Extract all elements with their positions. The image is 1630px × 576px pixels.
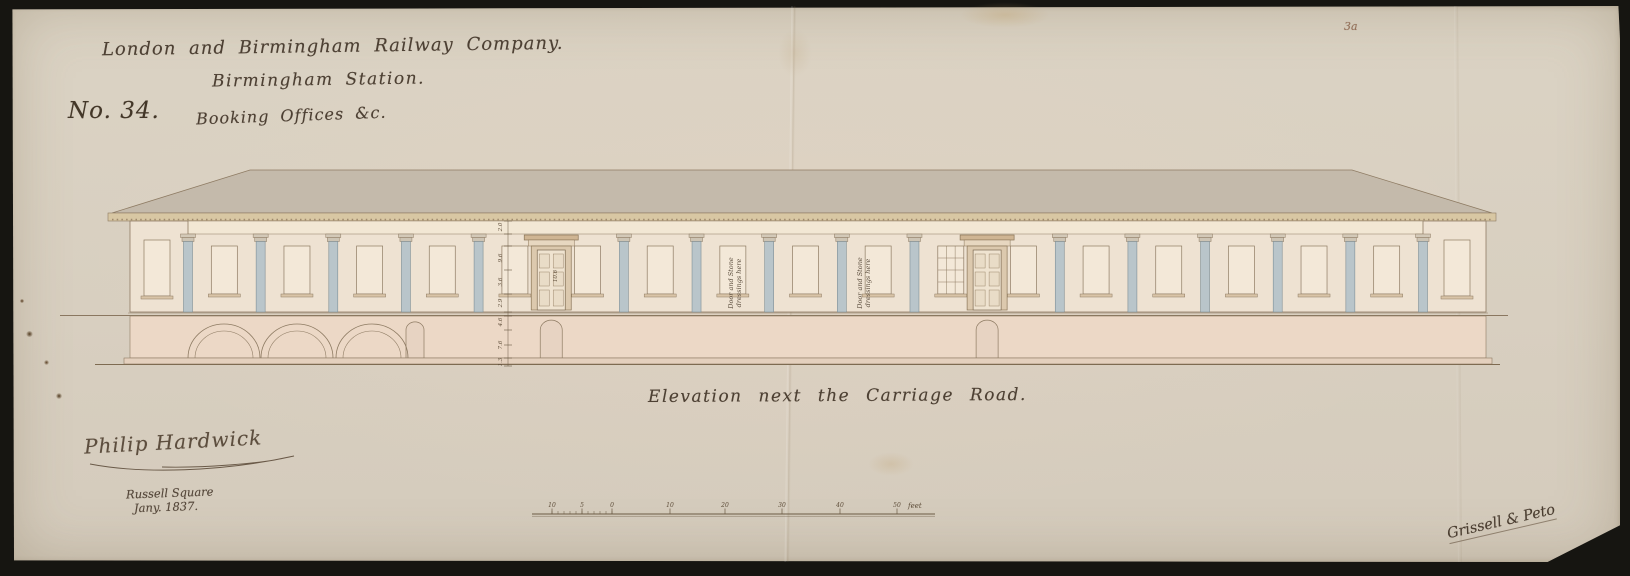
drawing-caption: Elevation next the Carriage Road.: [648, 385, 1027, 407]
corner-pencil-mark: 3a: [1344, 20, 1358, 33]
title-station: Birmingham Station.: [212, 69, 425, 92]
scanned-architectural-drawing: { "titles": { "company": "London and Bir…: [0, 0, 1630, 576]
date-line: Jany. 1837.: [134, 499, 199, 515]
drawing-number: No. 34.: [68, 98, 160, 124]
